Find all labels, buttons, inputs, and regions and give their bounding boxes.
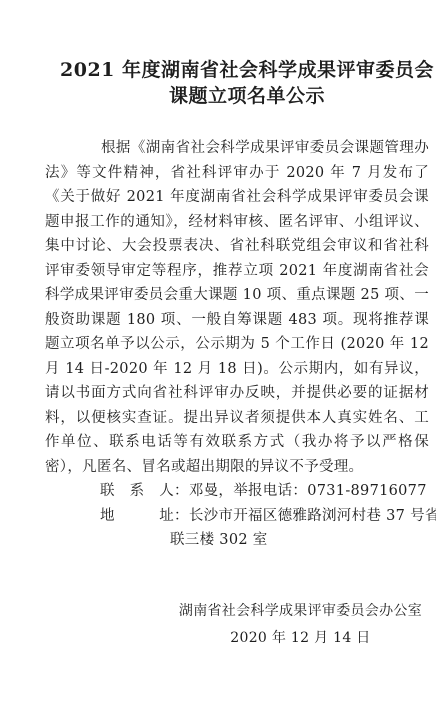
- contact-address-label: 地 址：: [100, 508, 189, 524]
- body-paragraph: 根据《湖南省社会科学成果评审委员会课题管理办法》等文件精神，省社科评审办于 20…: [45, 136, 429, 479]
- title-line-1: 2021 年度湖南省社会科学成果评审委员会: [55, 57, 436, 83]
- signature-date: 2020 年 12 月 14 日: [179, 625, 422, 652]
- contact-person-label: 联 系 人：: [100, 483, 189, 499]
- contact-block: 联 系 人：邓曼，举报电话：0731-89716077 地 址：长沙市开福区德雅…: [45, 479, 429, 553]
- signature-office: 湖南省社会科学成果评审委员会办公室: [179, 598, 422, 625]
- contact-address-value-line-1: 长沙市开福区德雅路浏河村巷 37 号省社科: [189, 508, 436, 524]
- contact-person-value: 邓曼，举报电话：0731-89716077: [189, 483, 427, 499]
- contact-address-value-line-2: 联三楼 302 室: [45, 528, 429, 553]
- title-line-2: 课题立项名单公示: [55, 83, 436, 109]
- page-title: 2021 年度湖南省社会科学成果评审委员会 课题立项名单公示: [55, 57, 436, 109]
- signature-block: 湖南省社会科学成果评审委员会办公室 2020 年 12 月 14 日: [179, 598, 422, 652]
- contact-address-line: 地 址：长沙市开福区德雅路浏河村巷 37 号省社科: [45, 504, 429, 529]
- contact-person-line: 联 系 人：邓曼，举报电话：0731-89716077: [45, 479, 429, 504]
- announcement-document: 2021 年度湖南省社会科学成果评审委员会 课题立项名单公示 根据《湖南省社会科…: [0, 0, 436, 707]
